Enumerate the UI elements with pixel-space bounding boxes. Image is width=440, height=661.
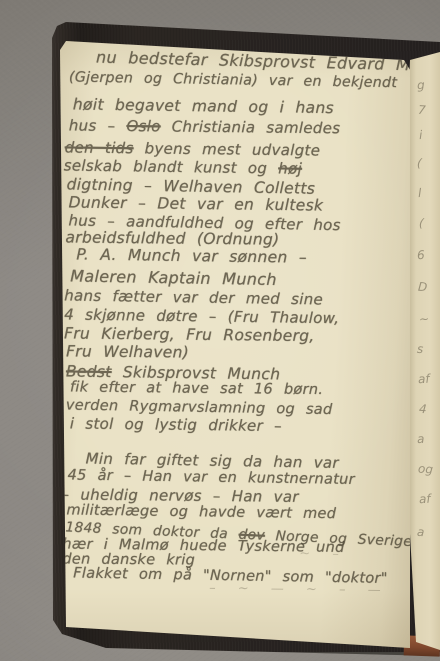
handwritten-line: Fru Welhaven) (66, 342, 189, 361)
struck-through-word: Bedst (66, 362, 112, 381)
handwritten-line: 45 år – Han var en kunstnernatur (67, 467, 355, 488)
handwritten-line: selskab blandt kunst og høj (64, 156, 303, 177)
edge-letter-fragment: ~ (419, 312, 430, 327)
adjacent-page-text-fragments: g7i(l(6D~saf4aogafa (417, 50, 439, 650)
edge-letter-fragment: s (417, 342, 424, 356)
edge-letter-fragment: ( (419, 216, 425, 230)
handwritten-line: P. A. Munch var sønnen – (76, 245, 307, 266)
struck-through-word: Oslo (126, 117, 160, 135)
edge-letter-fragment: ( (417, 156, 423, 170)
handwriting-block: nu bedstefar Skibsprovst Edvard Munchs(G… (59, 47, 411, 661)
edge-letter-fragment: i (419, 128, 423, 142)
faint-ink-trace: – ~ — ~ – — (209, 581, 385, 598)
manuscript-page: nu bedstefar Skibsprovst Edvard Munchs(G… (60, 36, 410, 650)
handwritten-line: hus – Oslo Christiania samledes (69, 116, 341, 137)
handwritten-line: Maleren Kaptain Munch (70, 266, 277, 289)
edge-letter-fragment: a (417, 525, 425, 539)
struck-through-word: høj (278, 159, 302, 177)
edge-letter-fragment: D (418, 280, 428, 295)
handwritten-line: høit begavet mand og i hans (73, 95, 334, 117)
edge-letter-fragment: 4 (419, 402, 428, 416)
edge-letter-fragment: a (417, 432, 425, 446)
edge-letter-fragment: og (418, 461, 434, 476)
photo-backdrop: g7i(l(6D~saf4aogafa nu bedstefar Skibspr… (0, 0, 440, 661)
handwritten-line: fik efter at have sat 16 børn. (70, 379, 323, 398)
edge-letter-fragment: af (418, 372, 430, 387)
edge-letter-fragment: af (419, 492, 431, 507)
faint-ink-trace: ~ – (299, 546, 343, 562)
edge-letter-fragment: 7 (418, 103, 427, 117)
edge-letter-fragment: g (417, 78, 425, 92)
handwritten-line: i stol og lystig drikker – (70, 414, 282, 435)
struck-through-word: den tids (65, 138, 134, 157)
edge-letter-fragment: l (418, 186, 422, 200)
edge-letter-fragment: 6 (417, 248, 425, 262)
handwritten-line: militærlæge og havde vært med (66, 502, 336, 522)
